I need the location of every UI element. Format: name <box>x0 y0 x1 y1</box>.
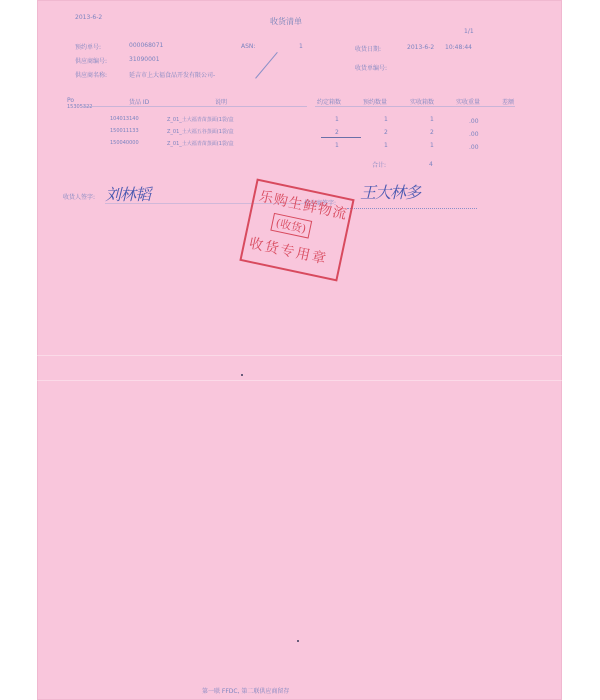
item-description: Z_01_土大福青苗蒸面(1袋/盒 <box>167 116 234 123</box>
supplier-name-label: 供应商名称: <box>75 70 107 79</box>
paper-speck <box>241 374 243 376</box>
booked-qty: 1 <box>384 142 388 149</box>
total-value: 4 <box>429 161 433 168</box>
item-description: Z_01_土大福五谷蒸面(1袋/盒 <box>167 128 234 135</box>
receipt-no-label: 收货单编号: <box>355 63 387 72</box>
col-header-booked-qty: 预约数量 <box>363 97 387 106</box>
header-underline <box>82 106 307 107</box>
receipt-date-label: 收货日期: <box>355 44 381 53</box>
col-header-item-id: 货品 ID <box>129 97 149 106</box>
item-id: 150011133 <box>110 128 139 134</box>
col-header-received-weight: 实收重量 <box>456 97 480 106</box>
agreed-boxes: 2 <box>335 129 339 136</box>
receipt-date-value: 2013-6-2 <box>407 44 434 51</box>
pen-stroke <box>321 137 361 138</box>
receipt-document: 2013-6-2 收货清单 1/1 预约单号: 000068071 ASN: 1… <box>37 0 562 700</box>
col-header-po: Po <box>67 97 74 104</box>
received-boxes: 1 <box>430 116 434 123</box>
col-header-difference: 差额 <box>502 97 514 106</box>
received-boxes: 2 <box>430 129 434 136</box>
stamp-text: (收货) <box>270 213 311 239</box>
receiver-signature-label: 收货人签字: <box>63 192 95 201</box>
supplier-code-label: 供应商编号: <box>75 56 107 65</box>
po-value: 15305322 <box>67 104 92 110</box>
received-weight: .00 <box>469 131 479 138</box>
footer-note: 第一联 FFDC, 第二联供应商留存 <box>202 686 289 695</box>
paper-crease <box>37 355 562 356</box>
supplier-code-value: 31090001 <box>129 56 160 63</box>
received-weight: .00 <box>469 144 479 151</box>
booked-qty: 1 <box>384 116 388 123</box>
pen-stroke <box>255 52 278 79</box>
page-indicator: 1/1 <box>464 28 474 35</box>
item-id: 150040000 <box>110 140 139 146</box>
stamp-text: 收货专用章 <box>247 233 329 269</box>
receiving-stamp: 乐购生鲜物流 (收货) 收货专用章 <box>239 179 354 282</box>
supplier-name-value: 延吉市上大福食品开发有限公司- <box>129 70 215 79</box>
agreed-boxes: 1 <box>335 142 339 149</box>
print-date: 2013-6-2 <box>75 14 102 21</box>
col-header-received-boxes: 实收箱数 <box>410 97 434 106</box>
paper-crease <box>37 380 562 381</box>
booked-qty: 2 <box>384 129 388 136</box>
asn-label: ASN: <box>241 43 255 50</box>
received-weight: .00 <box>469 118 479 125</box>
header-underline <box>315 106 515 107</box>
col-header-description: 说明 <box>215 97 227 106</box>
received-boxes: 1 <box>430 142 434 149</box>
asn-value: 1 <box>299 43 303 50</box>
item-id: 104013140 <box>110 116 139 122</box>
agreed-boxes: 1 <box>335 116 339 123</box>
booking-no-value: 000068071 <box>129 42 163 49</box>
document-title: 收货清单 <box>270 16 302 27</box>
receiver-signature: 刘林韬 <box>105 182 150 205</box>
supplier-signature: 王大林多 <box>360 180 420 203</box>
booking-no-label: 预约单号: <box>75 42 101 51</box>
receipt-time-value: 10:48:44 <box>445 44 472 51</box>
paper-speck <box>297 640 299 642</box>
signature-line <box>347 208 477 209</box>
item-description: Z_01_土大福青苗蒸面(1袋/盒 <box>167 140 234 147</box>
total-label: 合计: <box>372 160 386 169</box>
col-header-agreed-boxes: 约定箱数 <box>317 97 341 106</box>
